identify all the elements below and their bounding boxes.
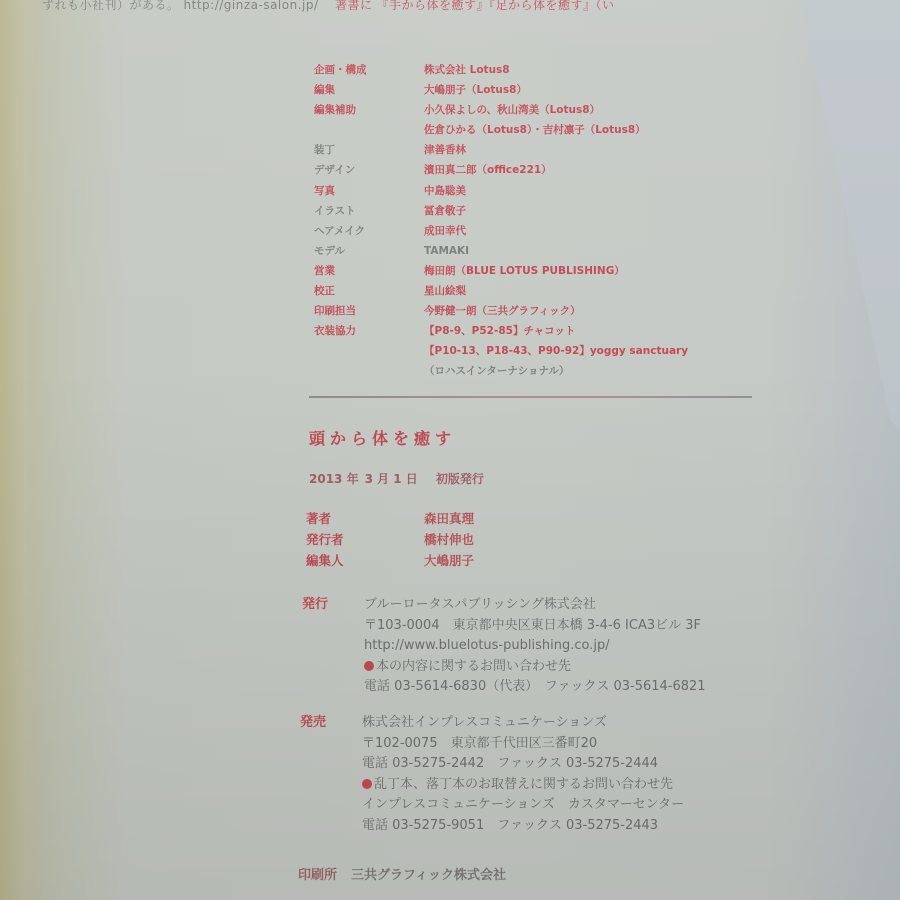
- publisher-label: 発行: [302, 595, 328, 616]
- credit-row: 装丁 津善香林: [314, 140, 688, 160]
- section-divider: [309, 396, 752, 398]
- credit-label: モデル: [314, 241, 424, 261]
- publisher-url: http://www.bluelotus-publishing.co.jp/: [364, 636, 706, 657]
- credit-label: [314, 341, 424, 361]
- credit-label: 企画・構成: [314, 60, 424, 80]
- credit-row: 編集補助 小久保よしの、秋山湾美（Lotus8）: [314, 100, 688, 120]
- distributor-phone: 電話 03-5275-2442 ファックス 03-5275-2444: [362, 754, 684, 775]
- distributor-address: 〒102-0075 東京都千代田区三番町20: [362, 734, 684, 755]
- credit-row: （ロハスインターナショナル）: [314, 361, 688, 381]
- printer-name: 三共グラフィック株式会社: [351, 868, 506, 883]
- credit-value: TAMAKI: [424, 241, 469, 261]
- credit-label: ヘアメイク: [314, 221, 424, 241]
- date-month-day: 3 月 1 日: [365, 472, 418, 486]
- publisher-lines: ブルーロータスパブリッシング株式会社 〒103-0004 東京都中央区東日本橋 …: [364, 595, 706, 698]
- fragment-text: ずれも小社刊）がある。: [42, 0, 180, 12]
- credit-row: ヘアメイク 成田幸代: [314, 221, 688, 241]
- staff-value: 森田真理: [424, 508, 474, 529]
- credit-value: 今野健一朗（三共グラフィック）: [424, 301, 581, 321]
- credit-row: イラスト 冨倉敬子: [314, 201, 688, 221]
- credit-label: [314, 361, 424, 381]
- credit-value: 株式会社 Lotus8: [424, 60, 510, 80]
- credit-row: デザイン 濱田真二郎（office221）: [314, 160, 688, 180]
- credit-row: 印刷担当 今野健一朗（三共グラフィック）: [314, 301, 688, 321]
- fragment-text: 『手から体を癒す』『足から体を癒す』（い: [377, 0, 615, 12]
- staff-row: 発行者 橋村伸也: [306, 529, 474, 550]
- credit-value: 中島聡美: [424, 181, 466, 201]
- credit-value: 濱田真二郎（office221）: [424, 160, 552, 180]
- credit-value: （ロハスインターナショナル）: [424, 361, 569, 381]
- publication-date: 2013 年3 月 1 日 初版発行: [309, 470, 490, 487]
- credit-label: デザイン: [314, 160, 424, 180]
- credit-value: 星山絵梨: [424, 281, 466, 301]
- printer-line: 印刷所三共グラフィック株式会社: [298, 864, 506, 883]
- credit-label: 編集補助: [314, 100, 424, 120]
- credit-label: [314, 120, 424, 140]
- customer-center: インプレスコミュニケーションズ カスタマーセンター: [362, 795, 684, 816]
- credit-label: 編集: [314, 80, 424, 100]
- bullet-icon: [362, 779, 372, 789]
- distributor-label: 発売: [300, 713, 326, 734]
- publisher-address: 〒103-0004 東京都中央区東日本橋 3-4-6 ICA3ビル 3F: [364, 616, 706, 637]
- publisher-name: ブルーロータスパブリッシング株式会社: [364, 595, 706, 616]
- distributor-name: 株式会社インプレスコミュニケーションズ: [362, 713, 684, 734]
- credit-row: 写真 中島聡美: [314, 181, 688, 201]
- credit-value: 成田幸代: [424, 221, 466, 241]
- book-title: 頭から体を癒す: [309, 426, 456, 449]
- distributor-inquiry: 乱丁本、落丁本のお取替えに関するお問い合わせ先: [374, 777, 673, 792]
- staff-row: 著者 森田真理: [306, 508, 474, 529]
- customer-center-phone: 電話 03-5275-9051 ファックス 03-5275-2443: [362, 816, 684, 837]
- date-year: 2013 年: [309, 472, 359, 486]
- staff-value: 橋村伸也: [424, 529, 474, 550]
- staff-label: 編集人: [306, 550, 424, 571]
- book-page-photo: ずれも小社刊）がある。http://ginza-salon.jp/ 著書に『手か…: [0, 0, 900, 900]
- credits-list: 企画・構成 株式会社 Lotus8 編集 大嶋朋子（Lotus8） 編集補助 小…: [314, 60, 688, 382]
- staff-label: 著者: [306, 508, 424, 529]
- credit-label: 衣装協力: [314, 321, 424, 341]
- credit-value: 佐倉ひかる（Lotus8）・吉村凛子（Lotus8）: [424, 120, 646, 140]
- credit-value: 冨倉敬子: [424, 201, 466, 221]
- credit-value: 梅田朗（BLUE LOTUS PUBLISHING）: [424, 261, 625, 281]
- credit-value: 【P8-9、P52-85】チャコット: [424, 321, 575, 341]
- publisher-inquiry-line: 本の内容に関するお問い合わせ先: [364, 657, 706, 678]
- top-text-fragment: ずれも小社刊）がある。http://ginza-salon.jp/ 著書に『手か…: [42, 0, 619, 13]
- staff-value: 大嶋朋子: [424, 550, 474, 571]
- page-gutter-edge: [0, 0, 42, 900]
- fragment-text: 著書に: [323, 0, 373, 12]
- credit-label: 営業: [314, 261, 424, 281]
- edition-label: 初版発行: [424, 472, 484, 486]
- staff-list: 著者 森田真理 発行者 橋村伸也 編集人 大嶋朋子: [306, 508, 474, 571]
- staff-label: 発行者: [306, 529, 424, 550]
- credit-row: 衣装協力 【P8-9、P52-85】チャコット: [314, 321, 688, 341]
- staff-row: 編集人 大嶋朋子: [306, 550, 474, 571]
- credit-row: 【P10-13、P18-43、P90-92】yoggy sanctuary: [314, 341, 688, 361]
- credit-row: 企画・構成 株式会社 Lotus8: [314, 60, 688, 80]
- credit-label: 印刷担当: [314, 301, 424, 321]
- credit-label: 装丁: [314, 140, 424, 160]
- credit-label: 写真: [314, 181, 424, 201]
- distributor-lines: 株式会社インプレスコミュニケーションズ 〒102-0075 東京都千代田区三番町…: [362, 713, 684, 836]
- distributor-inquiry-line: 乱丁本、落丁本のお取替えに関するお問い合わせ先: [362, 775, 684, 796]
- credit-label: イラスト: [314, 201, 424, 221]
- publisher-inquiry: 本の内容に関するお問い合わせ先: [376, 659, 571, 674]
- credit-value: 津善香林: [424, 140, 466, 160]
- publisher-phone: 電話 03-5614-6830（代表） ファックス 03-5614-6821: [364, 677, 706, 698]
- credit-value: 大嶋朋子（Lotus8）: [424, 80, 527, 100]
- fragment-url: http://ginza-salon.jp/: [184, 0, 319, 12]
- credit-label: 校正: [314, 281, 424, 301]
- credit-value: 小久保よしの、秋山湾美（Lotus8）: [424, 100, 600, 120]
- credit-value: 【P10-13、P18-43、P90-92】yoggy sanctuary: [424, 341, 688, 361]
- credit-row: 営業 梅田朗（BLUE LOTUS PUBLISHING）: [314, 261, 688, 281]
- credit-row: 校正 星山絵梨: [314, 281, 688, 301]
- credit-row: 編集 大嶋朋子（Lotus8）: [314, 80, 688, 100]
- credit-row: 佐倉ひかる（Lotus8）・吉村凛子（Lotus8）: [314, 120, 688, 140]
- credit-row: モデル TAMAKI: [314, 241, 688, 261]
- bullet-icon: [364, 661, 374, 671]
- printer-label: 印刷所: [298, 868, 337, 883]
